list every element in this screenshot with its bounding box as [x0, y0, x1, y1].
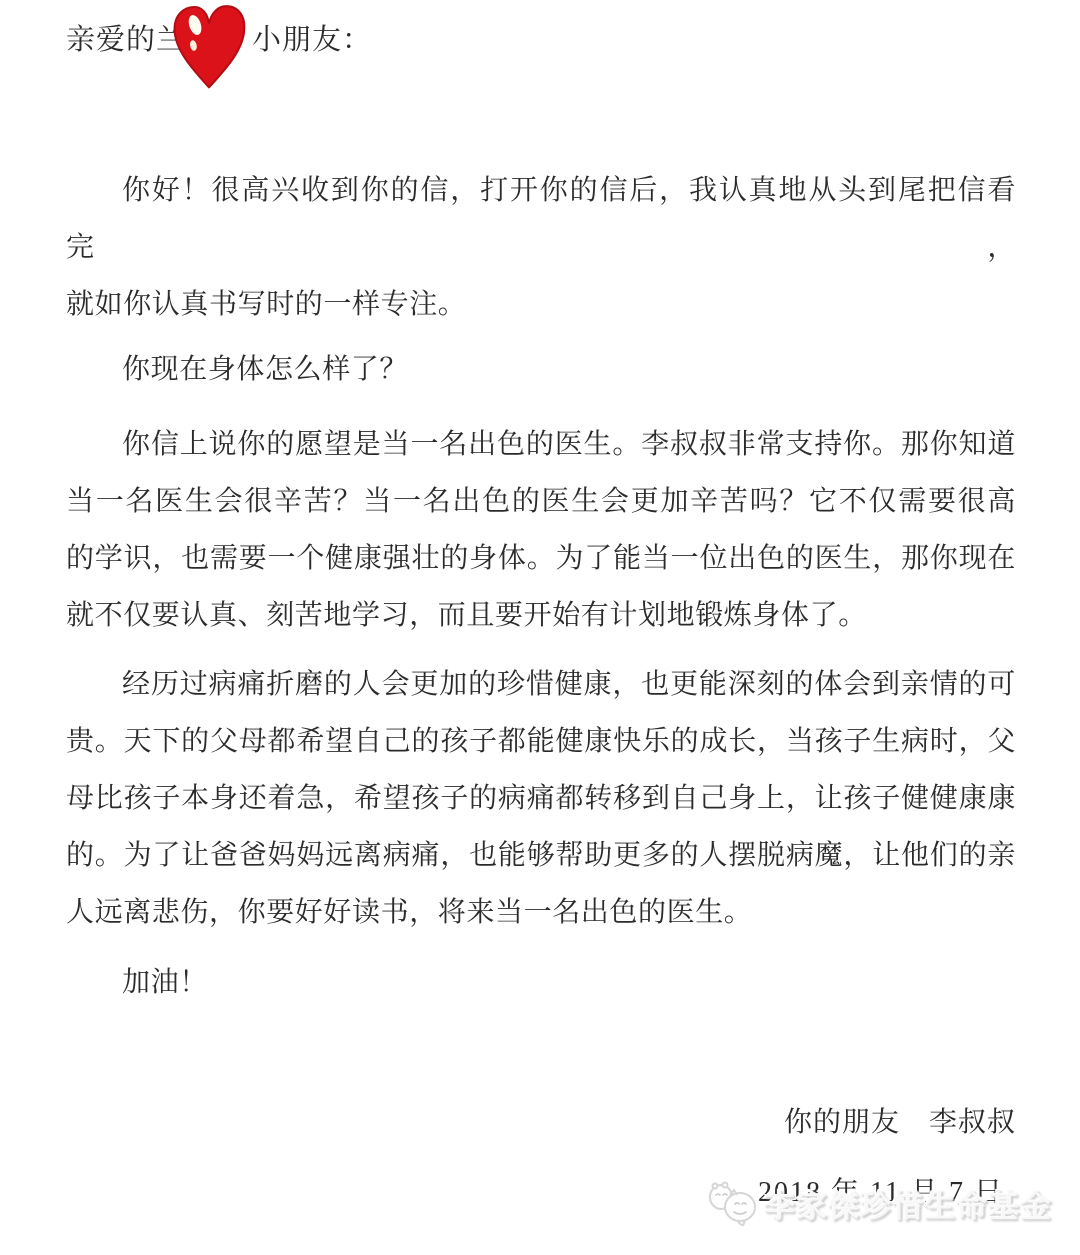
paragraph: 经历过病痛折磨的人会更加的珍惜健康，也更能深刻的体会到亲情的可贵。天下的父母都希…	[66, 656, 1016, 941]
paragraph: 你好！很高兴收到你的信，打开你的信后，我认真地从头到尾把信看完，就如你认真书写时…	[66, 162, 1016, 333]
paragraph: 你现在身体怎么样了？	[66, 341, 1016, 398]
letter-line: 你好！很高兴收到你的信，打开你的信后，我认真地从头到尾把信看完，	[66, 162, 1016, 276]
letter-line: 当一名医生会很辛苦？当一名出色的医生会更加辛苦吗？它不仅需要很高	[66, 473, 1016, 530]
letter-line: 你信上说你的愿望是当一名出色的医生。李叔叔非常支持你。那你知道	[66, 416, 1016, 473]
letter-line: 的。为了让爸爸妈妈远离病痛，也能够帮助更多的人摆脱病魔，让他们的亲	[66, 827, 1016, 884]
letter-line: 人远离悲伤，你要好好读书，将来当一名出色的医生。	[66, 884, 1016, 941]
heart-icon	[168, 2, 250, 94]
signature-line: 你的朋友 李叔叔	[66, 1094, 1016, 1151]
letter-line: 贵。天下的父母都希望自己的孩子都能健康快乐的成长，当孩子生病时，父	[66, 713, 1016, 770]
paragraph: 加油！	[66, 954, 1016, 1011]
watermark-text: 李家傑珍惜生命基金	[764, 1181, 1052, 1226]
salutation-after: 小朋友：	[252, 24, 372, 56]
paragraphs: 你好！很高兴收到你的信，打开你的信后，我认真地从头到尾把信看完，就如你认真书写时…	[66, 162, 1016, 1011]
letter-line: 你现在身体怎么样了？	[66, 341, 1016, 398]
letter-line: 经历过病痛折磨的人会更加的珍惜健康，也更能深刻的体会到亲情的可	[66, 656, 1016, 713]
letter-line: 母比孩子本身还着急，希望孩子的病痛都转移到自己身上，让孩子健健康康	[66, 770, 1016, 827]
letter-page: 亲爱的兰小朋友： 你好！很高兴收到你的信，打开你的信后，我认真地从头到尾把信看完…	[0, 0, 1080, 1255]
watermark: 李家傑珍惜生命基金	[708, 1180, 1052, 1226]
letter-line: 就如你认真书写时的一样专注。	[66, 276, 1016, 333]
foundation-mascot-logo-icon	[708, 1180, 760, 1226]
letter-line: 加油！	[66, 954, 1016, 1011]
letter-line: 的学识，也需要一个健康强壮的身体。为了能当一位出色的医生，那你现在	[66, 530, 1016, 587]
paragraph: 你信上说你的愿望是当一名出色的医生。李叔叔非常支持你。那你知道当一名医生会很辛苦…	[66, 416, 1016, 644]
letter-content: 亲爱的兰小朋友： 你好！很高兴收到你的信，打开你的信后，我认真地从头到尾把信看完…	[0, 12, 1080, 1221]
letter-line: 就不仅要认真、刻苦地学习，而且要开始有计划地锻炼身体了。	[66, 587, 1016, 644]
